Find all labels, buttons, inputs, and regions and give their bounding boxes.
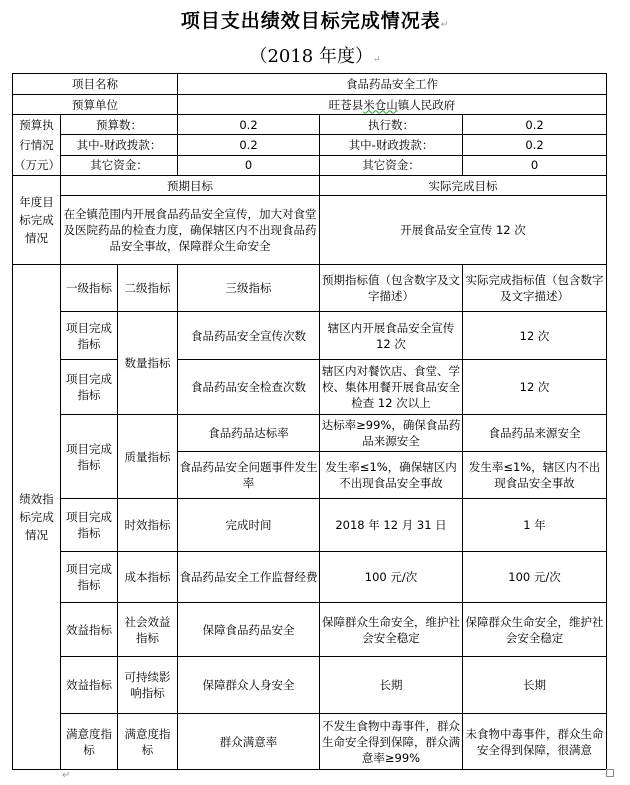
actual-cell: 保障群众生命安全，维护社会安全稳定 (463, 603, 607, 657)
actual-cell: 食品药品来源安全 (463, 415, 607, 452)
performance-section-label: 绩效指标完成情况 (13, 265, 61, 770)
level3-cell: 群众满意率 (178, 714, 320, 770)
project-name-value: 食品药品安全工作 (178, 74, 607, 95)
level2-cell: 满意度指标 (118, 714, 178, 770)
level3-cell: 食品药品安全检查次数 (178, 360, 320, 415)
budget-label-a: 预算数： (61, 115, 178, 135)
level1-cell: 项目完成指标 (61, 499, 118, 552)
level2-cell: 数量指标 (118, 312, 178, 415)
budget-label-a: 其它资金： (61, 155, 178, 175)
budget-label-b: 其中-财政拨款： (320, 135, 463, 155)
expected-cell: 100 元/次 (320, 552, 463, 603)
table-row: 效益指标 社会效益指标 保障食品药品安全 保障群众生命安全，维护社会安全稳定 保… (13, 603, 607, 657)
table-row: 项目完成指标 质量指标 食品药品达标率 达标率≥99%，确保食品药品来源安全 食… (13, 415, 607, 452)
row-project-name: 项目名称 食品药品安全工作 (13, 74, 607, 95)
row-budget-unit: 预算单位 旺苍县米仓山镇人民政府 (13, 95, 607, 115)
expected-cell: 长期 (320, 657, 463, 714)
row-annual-header: 年度目标完成情况 预期目标 实际完成目标 (13, 176, 607, 196)
level2-cell: 时效指标 (118, 499, 178, 552)
budget-value-a: 0.2 (178, 135, 320, 155)
table-end-marker (606, 769, 614, 777)
expected-cell: 2018 年 12 月 31 日 (320, 499, 463, 552)
level1-cell: 效益指标 (61, 657, 118, 714)
expected-cell: 达标率≥99%，确保食品药品来源安全 (320, 415, 463, 452)
budget-section-label: 预算执行情况（万元） (13, 115, 61, 176)
actual-cell: 1 年 (463, 499, 607, 552)
expected-cell: 不发生食物中毒事件，群众生命安全得到保障，群众满意率≥99% (320, 714, 463, 770)
budget-value-a: 0 (178, 155, 320, 175)
unit-prefix: 旺苍县 (329, 98, 364, 112)
budget-unit-label: 预算单位 (13, 95, 178, 115)
level3-cell: 保障食品药品安全 (178, 603, 320, 657)
annual-expected-header: 预期目标 (61, 176, 320, 196)
header-level3: 三级指标 (178, 265, 320, 312)
document-subtitle: （2018 年度）↵ (0, 42, 630, 68)
document-title: 项目支出绩效目标完成情况表↵ (0, 6, 630, 33)
level1-cell: 项目完成指标 (61, 552, 118, 603)
expected-cell: 辖区内开展食品安全宣传 12 次 (320, 312, 463, 360)
budget-value-a: 0.2 (178, 115, 320, 135)
level3-cell: 食品药品达标率 (178, 415, 320, 452)
row-annual-content: 在全镇范围内开展食品药品安全宣传，加大对食堂及医院药品的检查力度，确保辖区内不出… (13, 196, 607, 265)
header-expected: 预期指标值（包含数字及文字描述） (320, 265, 463, 312)
table-row: 项目完成指标 食品药品安全检查次数 辖区内对餐饮店、食堂、学校、集体用餐开展食品… (13, 360, 607, 415)
row-budget-2: 其中-财政拨款： 0.2 其中-财政拨款： 0.2 (13, 135, 607, 155)
annual-expected-text: 在全镇范围内开展食品药品安全宣传，加大对食堂及医院药品的检查力度，确保辖区内不出… (61, 196, 320, 265)
actual-cell: 发生率≤1%，辖区内不出现食品安全事故 (463, 452, 607, 499)
row-budget-1: 预算执行情况（万元） 预算数： 0.2 执行数： 0.2 (13, 115, 607, 135)
level3-cell: 完成时间 (178, 499, 320, 552)
unit-suffix: 镇人民政府 (398, 98, 456, 112)
level3-cell: 食品药品安全问题事件发生率 (178, 452, 320, 499)
level2-cell: 成本指标 (118, 552, 178, 603)
budget-label-b: 其它资金： (320, 155, 463, 175)
level2-cell: 社会效益指标 (118, 603, 178, 657)
annual-actual-header: 实际完成目标 (320, 176, 607, 196)
title-text: 项目支出绩效目标完成情况表 (181, 10, 441, 32)
table-row: 项目完成指标 时效指标 完成时间 2018 年 12 月 31 日 1 年 (13, 499, 607, 552)
performance-table: 项目名称 食品药品安全工作 预算单位 旺苍县米仓山镇人民政府 预算执行情况（万元… (12, 73, 607, 770)
budget-label-b: 执行数： (320, 115, 463, 135)
level1-cell: 项目完成指标 (61, 360, 118, 415)
unit-underlined: 米仓山 (363, 98, 398, 112)
expected-cell: 保障群众生命安全，维护社会安全稳定 (320, 603, 463, 657)
actual-cell: 12 次 (463, 312, 607, 360)
table-row: 效益指标 可持续影响指标 保障群众人身安全 长期 长期 (13, 657, 607, 714)
level3-cell: 食品药品安全工作监督经费 (178, 552, 320, 603)
header-level2: 二级指标 (118, 265, 178, 312)
level1-cell: 项目完成指标 (61, 415, 118, 499)
budget-value-b: 0.2 (463, 115, 607, 135)
expected-cell: 辖区内对餐饮店、食堂、学校、集体用餐开展食品安全检查 12 次以上 (320, 360, 463, 415)
level1-cell: 效益指标 (61, 603, 118, 657)
paragraph-mark: ↵ (62, 770, 70, 781)
table-row: 项目完成指标 成本指标 食品药品安全工作监督经费 100 元/次 100 元/次 (13, 552, 607, 603)
budget-label-a: 其中-财政拨款： (61, 135, 178, 155)
header-actual: 实际完成指标值（包含数字及文字描述） (463, 265, 607, 312)
row-perf-header: 绩效指标完成情况 一级指标 二级指标 三级指标 预期指标值（包含数字及文字描述）… (13, 265, 607, 312)
header-level1: 一级指标 (61, 265, 118, 312)
actual-cell: 长期 (463, 657, 607, 714)
expected-cell: 发生率≤1%，确保辖区内不出现食品安全事故 (320, 452, 463, 499)
table-row: 满意度指标 满意度指标 群众满意率 不发生食物中毒事件，群众生命安全得到保障，群… (13, 714, 607, 770)
annual-section-label: 年度目标完成情况 (13, 176, 61, 265)
project-name-label: 项目名称 (13, 74, 178, 95)
budget-value-b: 0 (463, 155, 607, 175)
table-row: 项目完成指标 数量指标 食品药品安全宣传次数 辖区内开展食品安全宣传 12 次 … (13, 312, 607, 360)
budget-value-b: 0.2 (463, 135, 607, 155)
actual-cell: 100 元/次 (463, 552, 607, 603)
subtitle-text: （2018 年度） (249, 46, 373, 67)
annual-actual-text: 开展食品安全宣传 12 次 (320, 196, 607, 265)
level3-cell: 食品药品安全宣传次数 (178, 312, 320, 360)
actual-cell: 12 次 (463, 360, 607, 415)
level1-cell: 满意度指标 (61, 714, 118, 770)
paragraph-mark: ↵ (373, 55, 381, 65)
budget-unit-value: 旺苍县米仓山镇人民政府 (178, 95, 607, 115)
level2-cell: 质量指标 (118, 415, 178, 499)
level2-cell: 可持续影响指标 (118, 657, 178, 714)
row-budget-3: 其它资金： 0 其它资金： 0 (13, 155, 607, 175)
level3-cell: 保障群众人身安全 (178, 657, 320, 714)
actual-cell: 未食物中毒事件，群众生命安全得到保障，很满意 (463, 714, 607, 770)
level1-cell: 项目完成指标 (61, 312, 118, 360)
paragraph-mark: ↵ (441, 20, 450, 30)
